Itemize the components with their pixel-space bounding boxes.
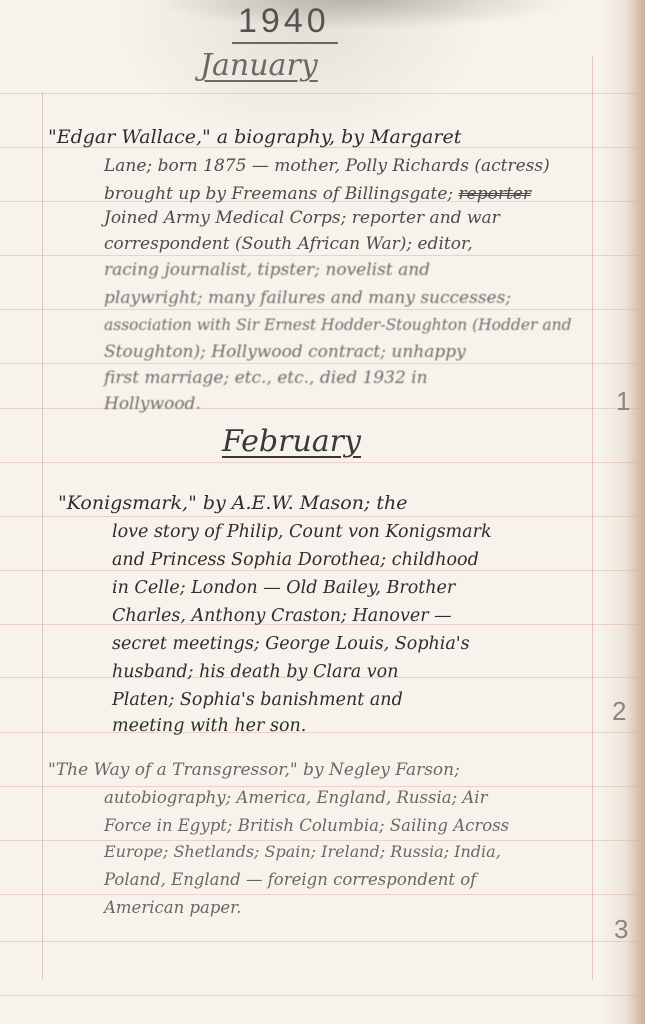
ruled-line	[0, 570, 645, 571]
right-margin-line	[592, 56, 593, 980]
ruled-line	[0, 941, 645, 942]
entry-number: 2	[612, 696, 626, 727]
ruled-line	[0, 408, 645, 409]
entry-line: "Konigsmark," by A.E.W. Mason; the	[58, 492, 408, 514]
ruled-line	[0, 462, 645, 463]
entry-line: love story of Philip, Count von Konigsma…	[112, 522, 492, 542]
entry-line: playwright; many failures and many succe…	[104, 288, 511, 308]
entry-line-text: brought up by Freemans of Billingsgate;	[104, 184, 453, 204]
ruled-line	[0, 840, 645, 841]
entry-line: Joined Army Medical Corps; reporter and …	[104, 208, 500, 228]
entry-line: correspondent (South African War); edito…	[104, 234, 473, 254]
entry-line: "Edgar Wallace," a biography, by Margare…	[48, 126, 461, 148]
month-heading-february: February	[222, 424, 361, 459]
entry-line: brought up by Freemans of Billingsgate; …	[104, 184, 531, 204]
page-edge-shadow	[625, 0, 645, 1024]
entry-line: Stoughton); Hollywood contract; unhappy	[104, 342, 466, 362]
entry-line: Hollywood.	[104, 394, 201, 414]
ruled-line	[0, 894, 645, 895]
entry-line: Force in Egypt; British Columbia; Sailin…	[104, 816, 509, 835]
ruled-line	[0, 363, 645, 364]
entry-line: association with Sir Ernest Hodder-Stoug…	[104, 316, 572, 334]
entry-line: in Celle; London — Old Bailey, Brother	[112, 578, 455, 598]
entry-number: 3	[614, 914, 628, 945]
entry-line: Platen; Sophia's banishment and	[112, 690, 403, 710]
month-heading-january: January	[200, 48, 318, 83]
entry-line: secret meetings; George Louis, Sophia's	[112, 634, 470, 654]
struck-word: reporter	[459, 184, 531, 204]
ruled-line	[0, 786, 645, 787]
ruled-line	[0, 255, 645, 256]
entry-line: Poland, England — foreign correspondent …	[104, 870, 476, 889]
ruled-line	[0, 732, 645, 733]
entry-line: meeting with her son.	[112, 716, 306, 736]
entry-line: racing journalist, tipster; novelist and	[104, 260, 430, 280]
ruled-line	[0, 309, 645, 310]
ruled-line	[0, 516, 645, 517]
ruled-line	[0, 995, 645, 996]
year-heading: 1940	[232, 2, 338, 44]
entry-line: American paper.	[104, 898, 242, 917]
left-margin-line	[42, 92, 43, 980]
entry-line: Europe; Shetlands; Spain; Ireland; Russi…	[104, 842, 501, 861]
entry-line: husband; his death by Clara von	[112, 662, 399, 682]
entry-number: 1	[616, 386, 630, 417]
page-shadow	[150, 0, 570, 30]
entry-line: autobiography; America, England, Russia;…	[104, 788, 487, 807]
entry-line: Charles, Anthony Craston; Hanover —	[112, 606, 452, 626]
entry-line: first marriage; etc., etc., died 1932 in	[104, 368, 428, 388]
ruled-line	[0, 93, 645, 94]
entry-line: "The Way of a Transgressor," by Negley F…	[48, 760, 460, 780]
entry-line: and Princess Sophia Dorothea; childhood	[112, 550, 479, 570]
journal-page: 1940 January "Edgar Wallace," a biograph…	[0, 0, 645, 1024]
entry-line: Lane; born 1875 — mother, Polly Richards…	[104, 156, 550, 176]
